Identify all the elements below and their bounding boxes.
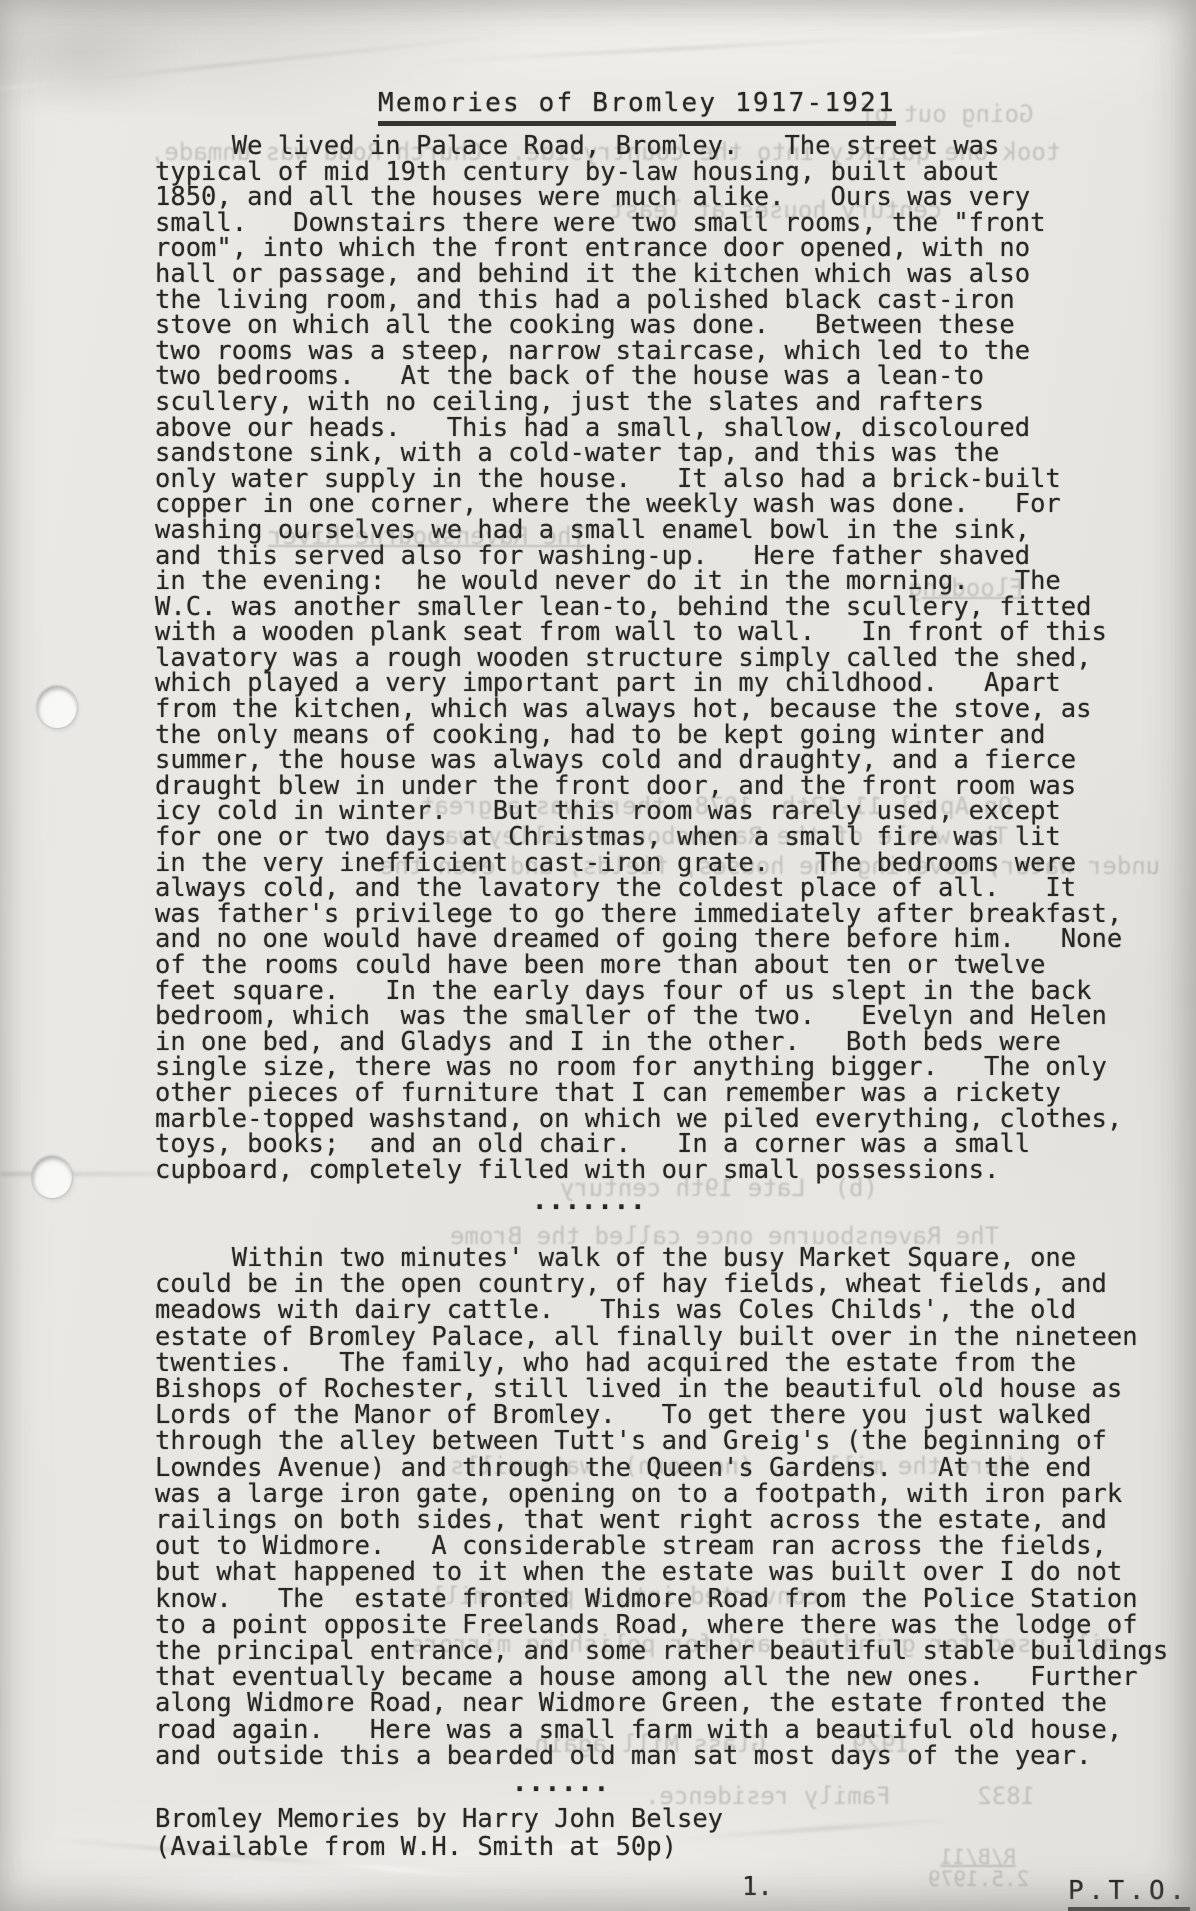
source-line-2: (Available from W.H. Smith at 50p) xyxy=(155,1832,677,1862)
paper-crease xyxy=(420,27,1059,63)
scanned-document-page: Going out of took one quickly into the c… xyxy=(0,0,1196,1911)
paragraph-estate-description: Within two minutes' walk of the busy Mar… xyxy=(155,1245,1168,1769)
paragraph-house-description: We lived in Palace Road, Bromley. The st… xyxy=(155,134,1122,1183)
source-attribution: Bromley Memories by Harry John Belsey (A… xyxy=(155,1806,723,1861)
bleed-through-text: R/B/11 xyxy=(940,1845,1016,1869)
paper-crease xyxy=(0,0,190,114)
punch-hole-bottom xyxy=(32,1156,72,1198)
punch-hole-top xyxy=(37,686,77,728)
bleed-through-text: 2.5.1979 xyxy=(928,1867,1029,1891)
source-line-1: Bromley Memories by Harry John Belsey xyxy=(155,1804,723,1834)
page-title: Memories of Bromley 1917-1921 xyxy=(378,88,896,126)
section-separator: ....... xyxy=(532,1186,646,1216)
section-separator: ...... xyxy=(512,1768,610,1798)
pto-label: P.T.O. xyxy=(1068,1876,1190,1911)
paper-crease xyxy=(0,33,519,95)
page-number: 1. xyxy=(742,1872,773,1902)
paper-crease xyxy=(90,1870,410,1911)
